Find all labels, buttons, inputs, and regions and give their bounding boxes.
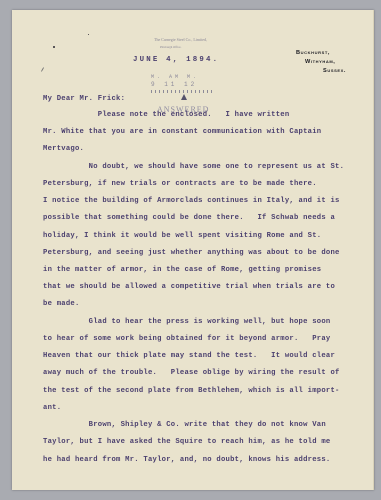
body-line: in the matter of armor, in the case of R…: [43, 266, 321, 274]
body-line: Please note the enclosed. I have written: [43, 111, 289, 119]
body-line: Heaven that our thick plate may stand th…: [43, 352, 335, 360]
body-line: Taylor, but I have asked the Squire to r…: [43, 438, 330, 446]
ink-speck: [53, 46, 55, 48]
body-line: Mertvago.: [43, 145, 84, 153]
body-line: that we should be allowed a competitive …: [43, 283, 335, 291]
salutation: My Dear Mr. Frick:: [43, 95, 125, 103]
body-line: he had heard from Mr. Taylor, and, no do…: [43, 456, 330, 464]
body-line: No doubt, we should have some one to rep…: [43, 163, 344, 171]
ink-speck: [88, 34, 89, 35]
body-line: Glad to hear the press is working well, …: [43, 318, 330, 326]
body-line: to hear of some work being obtained for …: [43, 335, 330, 343]
letterhead-line-2: Withyham,: [305, 59, 335, 65]
body-line: be made.: [43, 300, 80, 308]
body-line: ant.: [43, 404, 61, 412]
stamp-office: Pittsburgh Office.: [160, 45, 181, 49]
body-line: holiday, I think it would be well spent …: [43, 232, 321, 240]
body-line: Petersburg, and seeing just whether anyt…: [43, 249, 340, 257]
stamp-arrow-icon: [181, 94, 187, 100]
body-line: possible that something could be done th…: [43, 214, 335, 222]
body-line: Mr. White that you are in constant commu…: [43, 128, 321, 136]
letterhead-line-1: Buckhurst,: [296, 50, 330, 56]
typed-date: JUNE 4, 1894.: [133, 56, 219, 64]
letterhead-line-3: Sussex.: [323, 68, 346, 74]
body-line: the test of the second plate from Bethle…: [43, 387, 340, 395]
body-line: away much of the trouble. Please oblige …: [43, 369, 340, 377]
stamp-company-name: The Carnegie Steel Co., Limited,: [154, 37, 207, 42]
body-line: Brown, Shipley & Co. write that they do …: [43, 421, 326, 429]
stamp-time-labels: M. AM M.: [151, 74, 199, 80]
body-line: Petersburg, if new trials or contracts a…: [43, 180, 317, 188]
body-line: I notice the building of Armorclads cont…: [43, 197, 340, 205]
ink-speck: [41, 67, 44, 72]
stamp-tick-marks: [151, 90, 215, 93]
stamp-time-values: 9 11 12: [151, 81, 197, 88]
